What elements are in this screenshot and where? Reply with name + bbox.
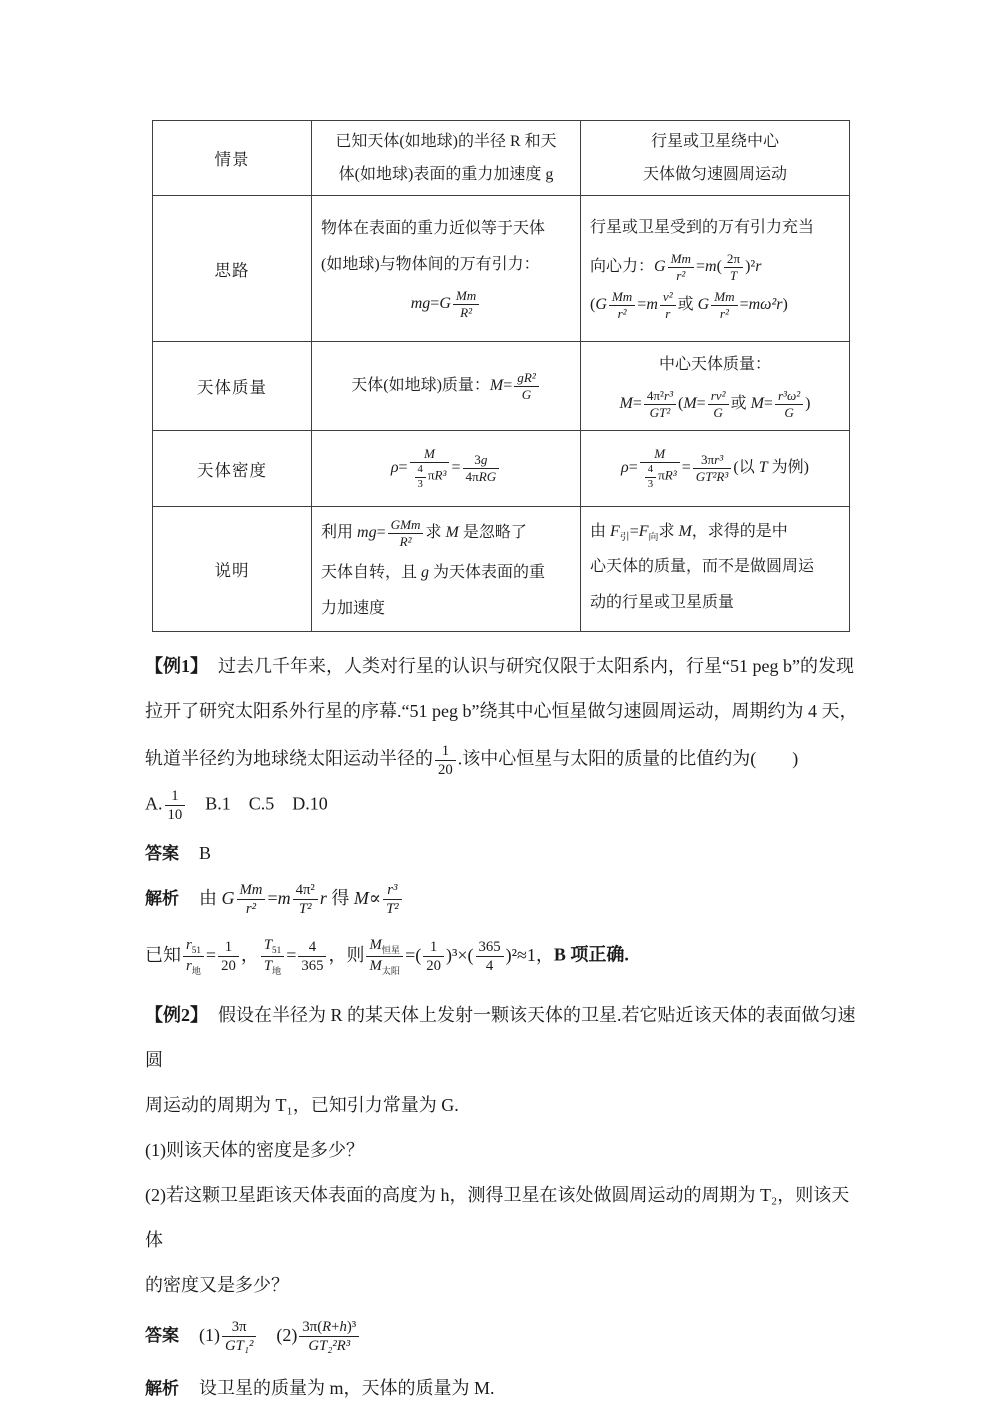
fraction: Mmr² bbox=[711, 289, 737, 322]
approach-gravity-cell: 物体在表面的重力近似等于天体 (如地球)与物体间的万有引力： mg=GMmR² bbox=[312, 196, 581, 342]
numerator: 4π²r³ bbox=[644, 388, 676, 404]
math-text: Mm bbox=[714, 289, 734, 304]
fraction: MmR² bbox=[453, 288, 479, 321]
math-subscript: 地 bbox=[192, 966, 201, 976]
example1-solution-formula: 由 GMmr²=m4π²T²r 得 M∝r³T² bbox=[199, 888, 404, 908]
numerator: r³ω² bbox=[775, 388, 803, 404]
example2-line1: 【例2】假设在半径为 R 的某天体上发射一颗该天体的卫星.若它贴近该天体的表面做… bbox=[145, 993, 859, 1083]
analysis-label: 解析 bbox=[145, 889, 179, 908]
math-text: 或 bbox=[731, 395, 751, 412]
text-line: (如地球)与物体间的万有引力： bbox=[321, 247, 571, 283]
note-orbit-cell: 由 F引=F向求 M，求得的是中 心天体的质量，而不是做圆周运 动的行星或卫星质… bbox=[581, 507, 850, 632]
answer-label: 答案 bbox=[145, 844, 179, 863]
math-text: 3π bbox=[232, 1319, 247, 1335]
math-text: ∝ bbox=[369, 888, 381, 908]
math-text: M bbox=[490, 377, 503, 394]
fraction: 43 bbox=[415, 463, 426, 490]
scenario-gravity-cell: 已知天体(如地球)的半径 R 和天 体(如地球)表面的重力加速度 g bbox=[312, 121, 581, 196]
math-text: 10 bbox=[168, 807, 183, 823]
math-text: 为例) bbox=[768, 459, 809, 476]
math-text: A. bbox=[145, 794, 163, 814]
denominator: GT² bbox=[644, 404, 676, 421]
math-text: 由 bbox=[590, 523, 610, 540]
denominator: T地 bbox=[261, 956, 284, 977]
math-text: M bbox=[678, 523, 691, 540]
denominator: R² bbox=[388, 533, 424, 550]
numerator: gR² bbox=[514, 370, 539, 386]
denominator: G bbox=[775, 404, 803, 421]
math-text: =( bbox=[405, 945, 421, 965]
math-text: GMm bbox=[391, 517, 421, 532]
math-text: 20 bbox=[426, 958, 441, 974]
math-text: 天体自转，且 bbox=[321, 564, 421, 581]
math-subscript: 引 bbox=[620, 532, 630, 543]
math-text: )² bbox=[745, 258, 755, 275]
math-text: = bbox=[286, 945, 296, 965]
math-text: 由 bbox=[199, 888, 222, 908]
fraction: GMmR² bbox=[388, 517, 424, 550]
numerator: M bbox=[640, 446, 680, 462]
numerator: 1 bbox=[435, 742, 456, 760]
numerator: 365 bbox=[476, 938, 504, 956]
denominator: 20 bbox=[423, 956, 444, 975]
math-text: ) bbox=[805, 395, 810, 412]
fraction: 110 bbox=[165, 787, 186, 824]
denominator: G bbox=[708, 404, 729, 421]
numerator: 1 bbox=[423, 938, 444, 956]
example2-line2: 周运动的周期为 T₁，已知引力常量为 G. bbox=[145, 1083, 859, 1128]
fraction: 3g4πRG bbox=[463, 452, 500, 485]
fraction: 3πGT₁² bbox=[222, 1318, 256, 1355]
denominator: GT²R³ bbox=[693, 468, 732, 485]
math-text: M bbox=[369, 937, 381, 953]
denominator: G bbox=[514, 386, 539, 403]
numerator: Mm bbox=[237, 881, 266, 899]
fraction: 3654 bbox=[476, 938, 504, 975]
math-text: 天体(如地球)质量： bbox=[351, 377, 490, 394]
answer-value: B bbox=[199, 843, 211, 863]
row-mass: 天体质量 天体(如地球)质量：M=gR²G 中心天体质量： M=4π²r³GT²… bbox=[153, 342, 850, 431]
math-text: = bbox=[629, 459, 638, 476]
numerator: T51 bbox=[261, 936, 284, 956]
fraction: 4π²T² bbox=[293, 881, 318, 918]
math-text: m bbox=[278, 888, 291, 908]
example2-question2-line2: 的密度又是多少？ bbox=[145, 1263, 859, 1308]
math-text: r bbox=[755, 258, 761, 275]
example2-text: 假设在半径为 R 的某天体上发射一颗该天体的卫星.若它贴近该天体的表面做匀速圆 bbox=[145, 1005, 856, 1070]
math-text: r³ bbox=[664, 388, 673, 403]
example2-solution-row: 解析设卫星的质量为 m，天体的质量为 M. bbox=[145, 1371, 859, 1406]
math-text: 365 bbox=[301, 958, 323, 974]
formula-centripetal-alt: (GMmr²=mv²r或 GMmr²=mω²r) bbox=[590, 289, 840, 322]
math-text: 20 bbox=[221, 958, 236, 974]
math-text: 1 bbox=[442, 743, 449, 759]
note-gravity-cell: 利用 mg=GMmR²求 M 是忽略了 天体自转，且 g 为天体表面的重 力加速… bbox=[312, 507, 581, 632]
math-text: R³ bbox=[665, 468, 677, 483]
fraction: 120 bbox=[423, 938, 444, 975]
scenario-label-cell: 情景 bbox=[153, 121, 312, 196]
math-text: 轨道半径约为地球绕太阳运动半径的 bbox=[145, 749, 433, 769]
denominator: r² bbox=[711, 305, 737, 322]
math-text: 4 bbox=[309, 939, 316, 955]
math-text: r bbox=[665, 306, 670, 321]
row-scenario: 情景 已知天体(如地球)的半径 R 和天 体(如地球)表面的重力加速度 g 行星… bbox=[153, 121, 850, 196]
math-text: (1) bbox=[199, 1325, 220, 1345]
numerator: r51 bbox=[183, 936, 204, 956]
numerator: GMm bbox=[388, 517, 424, 533]
example1-line1: 【例1】过去几千年来，人类对行星的认识与研究仅限于太阳系内，行星“51 peg … bbox=[145, 644, 859, 689]
row-density: 天体密度 ρ=M43πR³=3g4πRG ρ=M43πR³=3πr³GT²R³(… bbox=[153, 431, 850, 507]
text-line: 天体自转，且 g 为天体表面的重 bbox=[321, 555, 571, 591]
math-text: r² bbox=[720, 306, 729, 321]
math-text: 4π² bbox=[647, 388, 664, 403]
formula-note-orbit: 由 F引=F向求 M，求得的是中 bbox=[590, 522, 840, 544]
math-text: g bbox=[481, 452, 488, 467]
math-text: 求 bbox=[658, 523, 678, 540]
fraction: gR²G bbox=[514, 370, 539, 403]
math-text: 4 bbox=[486, 958, 493, 974]
math-text: G bbox=[784, 405, 793, 420]
example1-text: 过去几千年来，人类对行星的认识与研究仅限于太阳系内，行星“51 peg b”的发… bbox=[218, 656, 854, 676]
math-text: r² bbox=[676, 268, 685, 283]
math-text: 20 bbox=[438, 762, 453, 778]
math-text: = bbox=[764, 395, 773, 412]
denominator: 3 bbox=[645, 477, 656, 491]
math-text: T bbox=[264, 958, 272, 974]
math-text: RG bbox=[479, 469, 496, 484]
math-text: 4 bbox=[648, 463, 653, 475]
math-text: 3 bbox=[648, 478, 653, 490]
fraction: v²r bbox=[660, 289, 676, 322]
numerator: 4 bbox=[298, 938, 326, 956]
math-text: = bbox=[630, 523, 639, 540]
math-text: M bbox=[751, 395, 764, 412]
math-text: v² bbox=[663, 289, 673, 304]
summary-table: 情景 已知天体(如地球)的半径 R 和天 体(如地球)表面的重力加速度 g 行星… bbox=[152, 120, 850, 632]
math-text: r² bbox=[246, 901, 256, 917]
example1-known-row: 已知r51r地=120，T51T地=4365，则M恒星M太阳=(120)³×(3… bbox=[145, 936, 859, 977]
math-text: Mm bbox=[240, 882, 263, 898]
math-text: gR² bbox=[517, 370, 536, 385]
example1-tag: 【例1】 bbox=[145, 656, 208, 676]
math-text: GT₂²R³ bbox=[308, 1338, 350, 1354]
math-text: Mm bbox=[456, 288, 476, 303]
math-text: r² bbox=[618, 306, 627, 321]
math-text: G bbox=[439, 295, 451, 312]
math-text: M bbox=[369, 958, 381, 974]
analysis-label: 解析 bbox=[145, 1379, 179, 1398]
row-note: 说明 利用 mg=GMmR²求 M 是忽略了 天体自转，且 g 为天体表面的重 … bbox=[153, 507, 850, 632]
math-text: π bbox=[658, 468, 665, 483]
math-text: 1 bbox=[171, 788, 178, 804]
math-text: R² bbox=[460, 305, 472, 320]
text-line: 力加速度 bbox=[321, 591, 571, 627]
text-line: 行星或卫星绕中心 bbox=[590, 125, 840, 158]
math-text: T bbox=[730, 268, 737, 283]
math-text: 1 bbox=[225, 939, 232, 955]
formula-mass-orbit: M=4π²r³GT²(M=rv²G或 M=r³ω²G) bbox=[590, 388, 840, 421]
math-text: ，求得的是中 bbox=[692, 523, 788, 540]
math-text: = bbox=[637, 296, 646, 313]
math-text: R² bbox=[400, 534, 412, 549]
denominator: r² bbox=[237, 899, 266, 918]
text-line: 行星或卫星受到的万有引力充当 bbox=[590, 210, 840, 246]
math-text: 是忽略了 bbox=[459, 524, 527, 541]
math-text: 得 bbox=[327, 888, 354, 908]
math-text: G bbox=[713, 405, 722, 420]
math-text: M bbox=[445, 524, 458, 541]
math-text: G bbox=[595, 296, 607, 313]
math-text: T² bbox=[386, 901, 399, 917]
math-text: m bbox=[646, 296, 658, 313]
denominator: 3 bbox=[415, 477, 426, 491]
math-text: g bbox=[421, 564, 429, 581]
math-text: r³ bbox=[714, 452, 723, 467]
denominator: 20 bbox=[435, 760, 456, 779]
fraction: r³T² bbox=[383, 881, 402, 918]
example1-conclusion: B 项正确. bbox=[554, 945, 629, 965]
math-text: 3 bbox=[418, 478, 423, 490]
math-text: 4π bbox=[466, 469, 479, 484]
numerator: rv² bbox=[708, 388, 729, 404]
math-text: G bbox=[522, 387, 531, 402]
fraction: rv²G bbox=[708, 388, 729, 421]
approach-label-cell: 思路 bbox=[153, 196, 312, 342]
math-text: R bbox=[322, 1319, 331, 1335]
math-text: m bbox=[705, 258, 717, 275]
numerator: 3πr³ bbox=[693, 452, 732, 468]
formula-centripetal: 向心力：GMmr²=m(2πT)²r bbox=[590, 251, 840, 284]
math-text: rv² bbox=[711, 388, 726, 403]
text-line: 天体做匀速圆周运动 bbox=[590, 158, 840, 191]
denominator: T bbox=[724, 267, 743, 284]
math-subscript: 51 bbox=[272, 945, 281, 955]
math-text: = bbox=[503, 377, 512, 394]
math-text: T bbox=[759, 459, 768, 476]
density-label-cell: 天体密度 bbox=[153, 431, 312, 507]
density-gravity-cell: ρ=M43πR³=3g4πRG bbox=[312, 431, 581, 507]
example2-question2-line1: (2)若这颗卫星距该天体表面的高度为 h，测得卫星在该处做圆周运动的周期为 T₂… bbox=[145, 1173, 859, 1263]
fraction: 3π(R+h)³GT₂²R³ bbox=[299, 1318, 359, 1355]
denominator: T² bbox=[383, 899, 402, 918]
formula-mass-gravity: 天体(如地球)质量：M=gR²G bbox=[321, 370, 571, 403]
fraction: M43πR³ bbox=[410, 446, 450, 490]
numerator: 3π(R+h)³ bbox=[299, 1318, 359, 1336]
math-text: M bbox=[424, 446, 435, 461]
math-text: F bbox=[639, 523, 649, 540]
math-text: GT² bbox=[650, 405, 671, 420]
fraction: Mmr² bbox=[237, 881, 266, 918]
math-text: ，则 bbox=[328, 945, 364, 965]
math-text: T² bbox=[299, 901, 312, 917]
example2-solution-text: 设卫星的质量为 m，天体的质量为 M. bbox=[199, 1378, 495, 1398]
math-text: Mm bbox=[612, 289, 632, 304]
document-page: 情景 已知天体(如地球)的半径 R 和天 体(如地球)表面的重力加速度 g 行星… bbox=[0, 0, 1000, 1414]
fraction: r³ω²G bbox=[775, 388, 803, 421]
math-text: .该中心恒星与太阳的质量的比值约为( ) bbox=[458, 749, 799, 769]
example2-block: 【例2】假设在半径为 R 的某天体上发射一颗该天体的卫星.若它贴近该天体的表面做… bbox=[145, 993, 859, 1308]
density-orbit-cell: ρ=M43πR³=3πr³GT²R³(以 T 为例) bbox=[581, 431, 850, 507]
mass-gravity-cell: 天体(如地球)质量：M=gR²G bbox=[312, 342, 581, 431]
math-text: 4π² bbox=[296, 882, 315, 898]
denominator: M太阳 bbox=[366, 956, 403, 977]
denominator: GT₁² bbox=[222, 1336, 256, 1355]
denominator: GT₂²R³ bbox=[299, 1336, 359, 1355]
math-subscript: 太阳 bbox=[382, 966, 400, 976]
math-text: GT₁² bbox=[225, 1338, 253, 1354]
math-text: = bbox=[206, 945, 216, 965]
numerator: Mm bbox=[711, 289, 737, 305]
math-text: 2π bbox=[727, 251, 740, 266]
math-text: G bbox=[222, 888, 235, 908]
numerator: 3π bbox=[222, 1318, 256, 1336]
math-text: 3π bbox=[701, 452, 714, 467]
text-line: 体(如地球)表面的重力加速度 g bbox=[321, 158, 571, 191]
math-text: M bbox=[683, 395, 696, 412]
math-text: (2) bbox=[258, 1325, 297, 1345]
denominator: r地 bbox=[183, 956, 204, 977]
formula-density-gravity: ρ=M43πR³=3g4πRG bbox=[321, 446, 571, 490]
math-subscript: 恒星 bbox=[382, 945, 400, 955]
example1-solution-row: 解析由 GMmr²=m4π²T²r 得 M∝r³T² bbox=[145, 881, 859, 918]
denominator: r bbox=[660, 305, 676, 322]
math-text: mω²r bbox=[749, 296, 783, 313]
example1-line2: 拉开了研究太阳系外行星的序幕.“51 peg b”绕其中心恒星做匀速圆周运动，周… bbox=[145, 689, 859, 734]
math-text: 1 bbox=[430, 939, 437, 955]
numerator: M bbox=[410, 446, 450, 462]
math-text: = bbox=[696, 258, 705, 275]
math-text: = bbox=[430, 295, 439, 312]
math-text: T bbox=[264, 937, 272, 953]
text-line: 已知天体(如地球)的半径 R 和天 bbox=[321, 125, 571, 158]
fraction: 3πr³GT²R³ bbox=[693, 452, 732, 485]
fraction: Mmr² bbox=[609, 289, 635, 322]
math-subscript: 向 bbox=[649, 532, 659, 543]
math-subscript: 地 bbox=[272, 966, 281, 976]
math-text: r³ω² bbox=[778, 388, 800, 403]
text-line: 物体在表面的重力近似等于天体 bbox=[321, 211, 571, 247]
math-text: 求 bbox=[425, 524, 445, 541]
denominator: 10 bbox=[165, 805, 186, 824]
denominator: 20 bbox=[218, 956, 239, 975]
numerator: 1 bbox=[218, 938, 239, 956]
fraction: r51r地 bbox=[183, 936, 204, 977]
math-text: M bbox=[354, 888, 369, 908]
math-text: 或 bbox=[678, 296, 698, 313]
numerator: 4 bbox=[645, 463, 656, 476]
math-text: M bbox=[654, 446, 665, 461]
approach-orbit-cell: 行星或卫星受到的万有引力充当 向心力：GMmr²=m(2πT)²r (GMmr²… bbox=[581, 196, 850, 342]
example2-answer-row: 答案(1)3πGT₁² (2)3π(R+h)³GT₂²R³ bbox=[145, 1318, 859, 1355]
numerator: Mm bbox=[668, 251, 694, 267]
math-text: = bbox=[633, 395, 642, 412]
math-text: = bbox=[451, 459, 460, 476]
math-text: = bbox=[740, 296, 749, 313]
numerator: Mm bbox=[453, 288, 479, 304]
denominator: r² bbox=[609, 305, 635, 322]
numerator: 1 bbox=[165, 787, 186, 805]
math-text: )³×( bbox=[446, 945, 474, 965]
math-text: π bbox=[428, 468, 435, 483]
math-text: ， bbox=[241, 945, 259, 965]
denominator: 4 bbox=[476, 956, 504, 975]
scenario-orbit-cell: 行星或卫星绕中心 天体做匀速圆周运动 bbox=[581, 121, 850, 196]
math-text: = bbox=[267, 888, 277, 908]
math-text: ( bbox=[717, 258, 722, 275]
denominator: 4πRG bbox=[463, 468, 500, 485]
math-text: = bbox=[377, 524, 386, 541]
math-text: 向心力： bbox=[590, 258, 654, 275]
numerator: 3g bbox=[463, 452, 500, 468]
example1-known-formula: 已知r51r地=120，T51T地=4365，则M恒星M太阳=(120)³×(3… bbox=[145, 945, 554, 965]
mass-orbit-cell: 中心天体质量： M=4π²r³GT²(M=rv²G或 M=r³ω²G) bbox=[581, 342, 850, 431]
denominator: R² bbox=[453, 304, 479, 321]
text-line: 中心天体质量： bbox=[590, 347, 840, 383]
math-text: 利用 bbox=[321, 524, 357, 541]
math-text: mg bbox=[357, 524, 377, 541]
math-text: G bbox=[698, 296, 710, 313]
numerator: Mm bbox=[609, 289, 635, 305]
math-text: = bbox=[682, 459, 691, 476]
math-text: 365 bbox=[479, 939, 501, 955]
math-text: G bbox=[654, 258, 666, 275]
math-text: 已知 bbox=[145, 945, 181, 965]
numerator: M恒星 bbox=[366, 936, 403, 956]
fraction: T51T地 bbox=[261, 936, 284, 977]
math-text: B.1 C.5 D.10 bbox=[187, 794, 328, 814]
numerator: 4π² bbox=[293, 881, 318, 899]
example1-line3: 轨道半径约为地球绕太阳运动半径的120.该中心恒星与太阳的质量的比值约为( ) bbox=[145, 742, 859, 779]
row-approach: 思路 物体在表面的重力近似等于天体 (如地球)与物体间的万有引力： mg=GMm… bbox=[153, 196, 850, 342]
math-text: ρ bbox=[391, 459, 399, 476]
math-text: )³ bbox=[347, 1319, 356, 1335]
math-text: ρ bbox=[621, 459, 629, 476]
math-text: = bbox=[697, 395, 706, 412]
math-text: 为天体表面的重 bbox=[429, 564, 545, 581]
note-label-cell: 说明 bbox=[153, 507, 312, 632]
text-line: 动的行星或卫星质量 bbox=[590, 585, 840, 621]
fraction: 4365 bbox=[298, 938, 326, 975]
fraction: M43πR³ bbox=[640, 446, 680, 490]
answer-label: 答案 bbox=[145, 1326, 179, 1345]
denominator: 365 bbox=[298, 956, 326, 975]
math-text: )²≈1， bbox=[506, 945, 554, 965]
denominator: 43πR³ bbox=[640, 462, 680, 490]
math-text: h bbox=[339, 1319, 346, 1335]
math-text: 4 bbox=[418, 463, 423, 475]
math-text: ) bbox=[783, 296, 788, 313]
fraction: 120 bbox=[435, 742, 456, 779]
mass-label-cell: 天体质量 bbox=[153, 342, 312, 431]
fraction: Mmr² bbox=[668, 251, 694, 284]
math-text: r bbox=[320, 888, 327, 908]
numerator: r³ bbox=[383, 881, 402, 899]
fraction: M恒星M太阳 bbox=[366, 936, 403, 977]
formula-surface-gravity: mg=GMmR² bbox=[321, 288, 571, 321]
denominator: 43πR³ bbox=[410, 462, 450, 490]
text-line: 心天体的质量，而不是做圆周运 bbox=[590, 549, 840, 585]
math-subscript: 51 bbox=[192, 945, 201, 955]
math-text: = bbox=[399, 459, 408, 476]
math-text: M bbox=[620, 395, 633, 412]
fraction: 120 bbox=[218, 938, 239, 975]
denominator: T² bbox=[293, 899, 318, 918]
fraction: 2πT bbox=[724, 251, 743, 284]
numerator: v² bbox=[660, 289, 676, 305]
math-text: GT²R³ bbox=[696, 469, 729, 484]
formula-density-orbit: ρ=M43πR³=3πr³GT²R³(以 T 为例) bbox=[590, 446, 840, 490]
math-text: Mm bbox=[671, 251, 691, 266]
